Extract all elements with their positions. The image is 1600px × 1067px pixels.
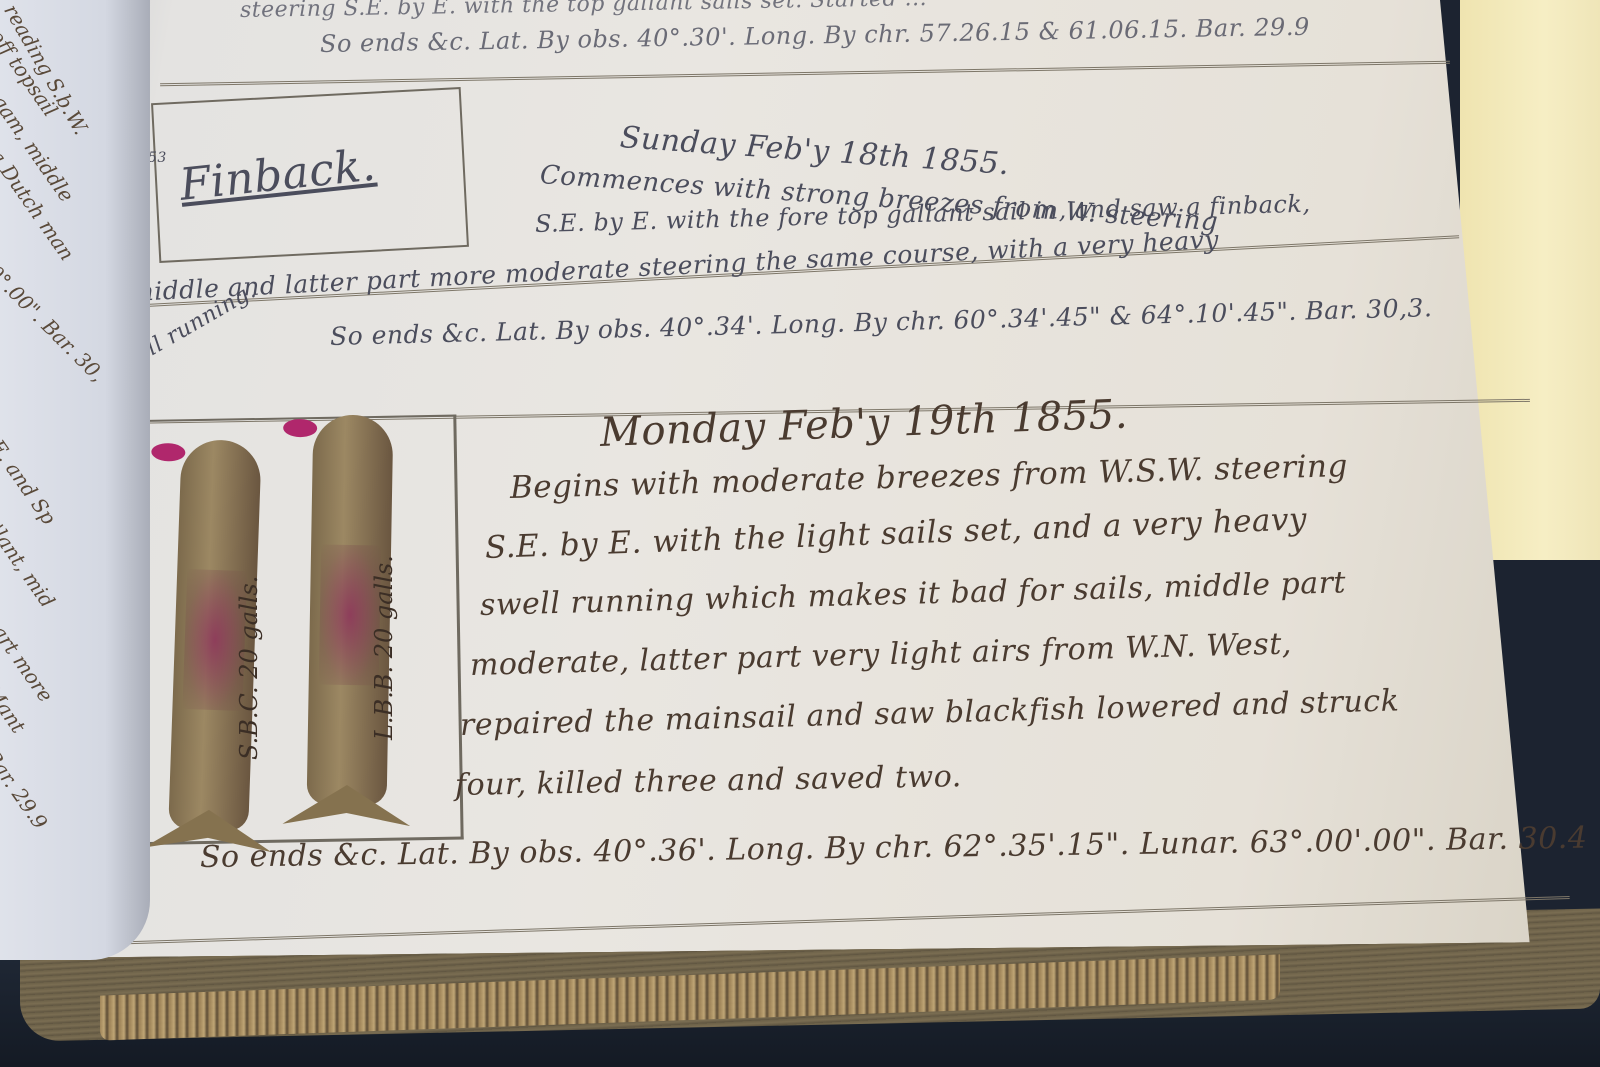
left-fragment: 'lant, mid [0,520,60,612]
blood-spout-icon [151,443,186,462]
whale-label-lbb: L.B.B. 20 galls. [370,555,398,740]
whale-illustration [105,410,455,830]
logbook-photo: steering S.E. by E. with the top gallant… [0,0,1600,1067]
left-fragment: 0°.00". Bar. 30, [0,260,110,387]
left-fragment: E. and Sp [0,435,61,529]
whale-label-sbc: S.B.C. 20 galls. [235,576,263,760]
left-fragment: Bar. 29.9 [0,745,52,834]
blood-spout-icon [283,419,317,438]
sunday-page-number: 53 [148,150,167,166]
left-page: reading S.b.W. off topsail agam, middle … [0,0,150,960]
